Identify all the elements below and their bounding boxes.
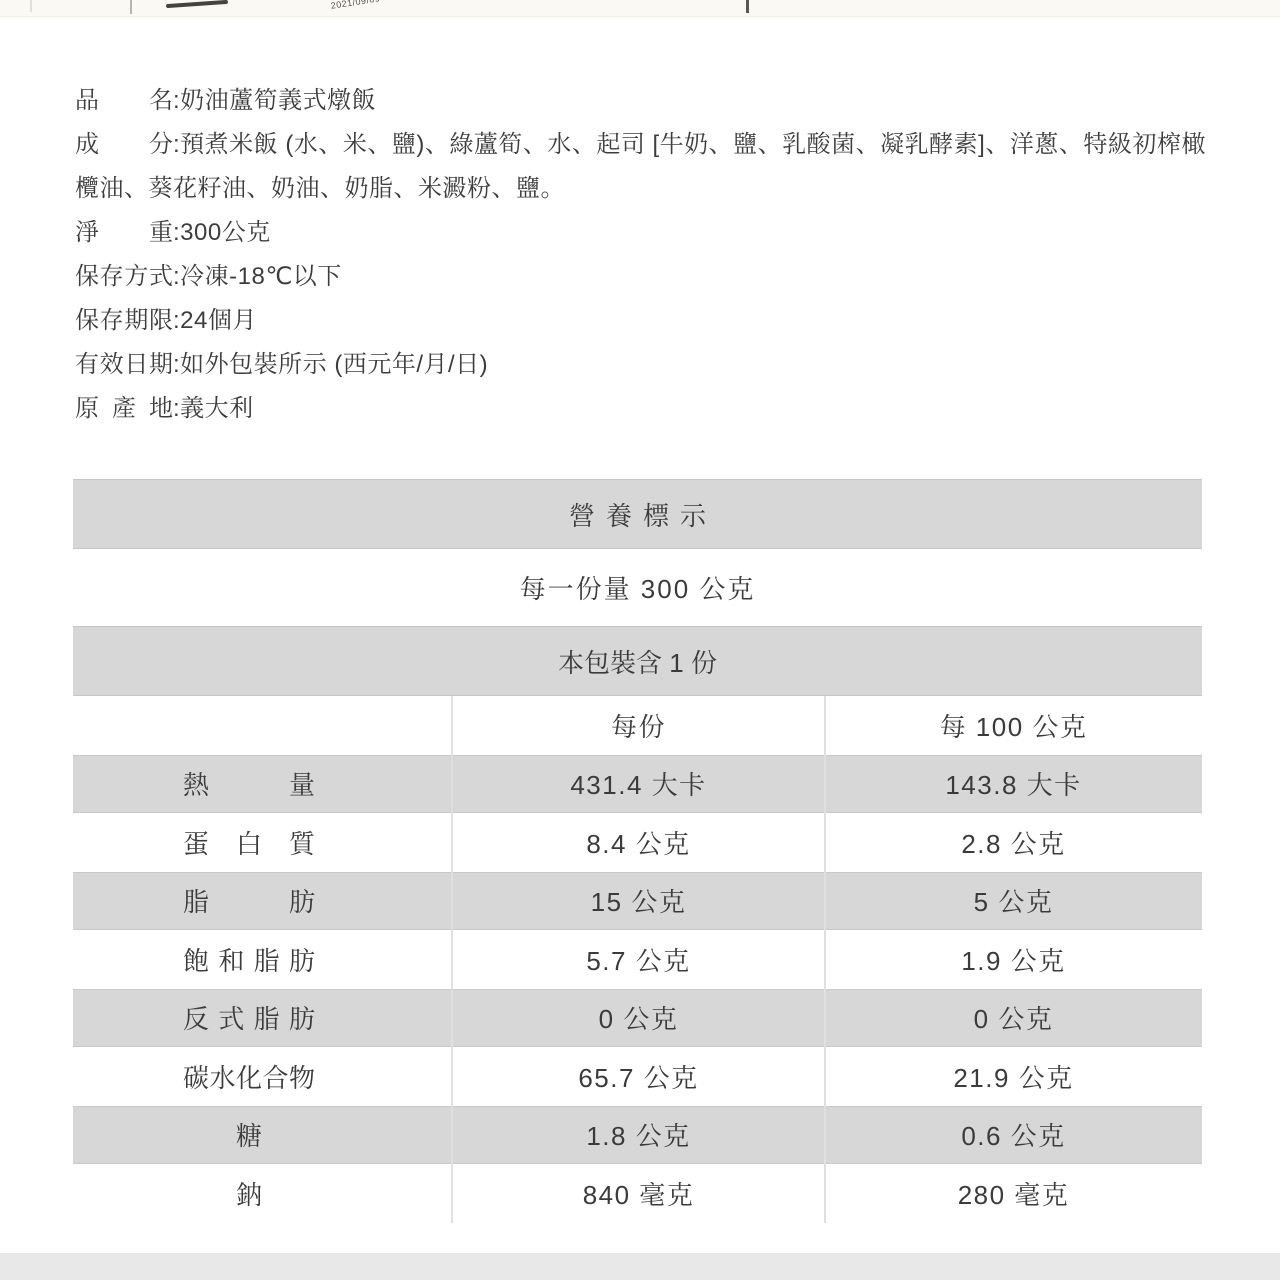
nutrient-row: 鈉 840 毫克 280 毫克 <box>73 1164 1202 1223</box>
label-char: 成 <box>75 123 99 167</box>
label-char: 重 <box>149 211 173 255</box>
nutrient-label-cell: 碳水化合物 <box>73 1047 452 1106</box>
nutrient-row: 脂肪 15 公克 5 公克 <box>73 872 1202 931</box>
label-char: 分 <box>149 123 173 167</box>
label-char: 化 <box>236 1058 262 1095</box>
nutrient-label: 熱量 <box>183 765 315 802</box>
label-char: 存 <box>100 255 124 299</box>
value-per-serving: 15 公克 <box>452 873 825 930</box>
label-char: 脂 <box>183 882 209 919</box>
column-header-per-serving: 每份 <box>452 696 825 755</box>
label-char: 脂 <box>254 941 280 978</box>
value-per-100g: 1.9 公克 <box>825 930 1202 989</box>
serving-size-row: 每一份量 300 公克 <box>73 549 1202 626</box>
package-edge-line <box>30 0 32 12</box>
info-label: 保存期限 <box>75 299 173 343</box>
nutrition-table: 營養標示 每一份量 300 公克 本包裝含 1 份 每份 每 100 公克 熱量… <box>73 479 1202 1223</box>
nutrient-label-cell: 糖 <box>73 1107 452 1164</box>
package-edge-line <box>746 0 749 13</box>
nutrient-label: 鈉 <box>183 1175 315 1212</box>
info-label: 有效日期 <box>75 343 173 387</box>
label-char: 名 <box>149 79 173 123</box>
label-char: 水 <box>209 1058 235 1095</box>
label-char: 肪 <box>289 941 315 978</box>
nutrient-row: 飽和脂肪 5.7 公克 1.9 公克 <box>73 930 1202 989</box>
label-char: 淨 <box>75 211 99 255</box>
label-char: 鈉 <box>236 1175 262 1212</box>
info-row: 有效日期:如外包裝所示 (西元年/月/日) <box>75 343 1207 387</box>
label-char: 熱 <box>183 765 209 802</box>
label-char: 合 <box>262 1058 288 1095</box>
nutrient-label: 糖 <box>183 1116 315 1153</box>
info-value: 預煮米飯 (水、米、鹽)、綠蘆筍、水、起司 [牛奶、鹽、乳酸菌、凝乳酵素]、洋蔥… <box>75 131 1206 202</box>
value-per-serving: 65.7 公克 <box>452 1047 825 1106</box>
label-char: 品 <box>75 79 99 123</box>
label-char: 保 <box>75 299 99 343</box>
nutrient-row: 碳水化合物 65.7 公克 21.9 公克 <box>73 1047 1202 1106</box>
nutrient-row: 反式脂肪 0 公克 0 公克 <box>73 989 1202 1048</box>
label-char: 式 <box>149 255 173 299</box>
label-char: 原 <box>75 387 99 431</box>
value-per-100g: 280 毫克 <box>825 1164 1202 1223</box>
label-char: 糖 <box>236 1116 262 1153</box>
info-label: 淨重 <box>75 211 173 255</box>
info-row: 成分:預煮米飯 (水、米、鹽)、綠蘆筍、水、起司 [牛奶、鹽、乳酸菌、凝乳酵素]… <box>75 123 1207 211</box>
label-char: 脂 <box>254 999 280 1036</box>
label-char: 式 <box>218 999 244 1036</box>
value-per-100g: 0 公克 <box>825 990 1202 1047</box>
info-row: 品名:奶油蘆筍義式燉飯 <box>75 79 1207 123</box>
label-char: 產 <box>112 387 136 431</box>
info-value: 如外包裝所示 (西元年/月/日) <box>180 351 488 378</box>
info-label: 成分 <box>75 123 173 167</box>
nutrient-label-cell: 飽和脂肪 <box>73 930 452 989</box>
info-row: 原產地:義大利 <box>75 387 1207 431</box>
info-row: 淨重:300公克 <box>75 211 1207 255</box>
column-header-row: 每份 每 100 公克 <box>73 696 1202 755</box>
label-char: 日 <box>124 343 148 387</box>
info-value: 24個月 <box>180 307 257 334</box>
value-per-100g: 2.8 公克 <box>825 813 1202 872</box>
column-header-per-100g: 每 100 公克 <box>825 696 1202 755</box>
info-label: 保存方式 <box>75 255 173 299</box>
label-char: 保 <box>75 255 99 299</box>
nutrition-title: 營養標示 <box>73 479 1202 549</box>
nutrient-label: 飽和脂肪 <box>183 941 315 978</box>
info-value: 300公克 <box>180 219 271 246</box>
nutrient-label-cell: 熱量 <box>73 756 452 813</box>
nutrient-row: 蛋白質 8.4 公克 2.8 公克 <box>73 813 1202 872</box>
info-value: 義大利 <box>180 395 254 422</box>
info-row: 保存期限:24個月 <box>75 299 1207 343</box>
label-char: 蛋 <box>183 824 209 861</box>
value-per-serving: 0 公克 <box>452 990 825 1047</box>
info-value: 奶油蘆筍義式燉飯 <box>180 87 376 114</box>
value-per-100g: 5 公克 <box>825 873 1202 930</box>
label-char: 質 <box>289 824 315 861</box>
column-divider <box>824 696 826 1223</box>
package-print-mark <box>166 0 228 8</box>
value-per-serving: 8.4 公克 <box>452 813 825 872</box>
nutrient-row: 熱量 431.4 大卡 143.8 大卡 <box>73 755 1202 814</box>
nutrient-row: 糖 1.8 公克 0.6 公克 <box>73 1106 1202 1165</box>
value-per-serving: 840 毫克 <box>452 1164 825 1223</box>
value-per-serving: 5.7 公克 <box>452 930 825 989</box>
nutrient-label: 蛋白質 <box>183 824 315 861</box>
nutrient-label-cell: 反式脂肪 <box>73 990 452 1047</box>
label-char: 期 <box>124 299 148 343</box>
info-row: 保存方式:冷凍-18℃以下 <box>75 255 1207 299</box>
production-date-text: 2021/09/09 <box>330 0 381 11</box>
nutrient-label: 碳水化合物 <box>183 1058 315 1095</box>
value-per-serving: 1.8 公克 <box>452 1107 825 1164</box>
column-header-empty <box>73 696 452 755</box>
label-char: 量 <box>289 765 315 802</box>
value-per-100g: 0.6 公克 <box>825 1107 1202 1164</box>
value-per-100g: 21.9 公克 <box>825 1047 1202 1106</box>
info-value: 冷凍-18℃以下 <box>180 263 342 290</box>
nutrient-label-cell: 蛋白質 <box>73 813 452 872</box>
label-char: 期 <box>149 343 173 387</box>
info-label: 原產地 <box>75 387 173 431</box>
nutrient-label: 反式脂肪 <box>183 999 315 1036</box>
nutrient-label: 脂肪 <box>183 882 315 919</box>
column-divider <box>451 696 453 1223</box>
servings-per-package-row: 本包裝含 1 份 <box>73 626 1202 696</box>
nutrient-label-cell: 脂肪 <box>73 873 452 930</box>
label-char: 肪 <box>289 999 315 1036</box>
label-char: 有 <box>75 343 99 387</box>
package-edge-line <box>130 0 132 14</box>
value-per-100g: 143.8 大卡 <box>825 756 1202 813</box>
product-info: 品名:奶油蘆筍義式燉飯 成分:預煮米飯 (水、米、鹽)、綠蘆筍、水、起司 [牛奶… <box>75 79 1207 431</box>
label-char: 效 <box>100 343 124 387</box>
label-char: 存 <box>100 299 124 343</box>
nutrient-label-cell: 鈉 <box>73 1164 452 1223</box>
value-per-serving: 431.4 大卡 <box>452 756 825 813</box>
label-char: 白 <box>236 824 262 861</box>
label-char: 肪 <box>289 882 315 919</box>
info-label: 品名 <box>75 79 173 123</box>
photo-strip: 2021/09/09 <box>0 0 1280 17</box>
label-char: 方 <box>124 255 148 299</box>
label-char: 物 <box>289 1058 315 1095</box>
footer-gray-strip <box>0 1253 1280 1280</box>
nutrition-grid: 每份 每 100 公克 熱量 431.4 大卡 143.8 大卡 蛋白質 8.4… <box>73 696 1202 1223</box>
label-char: 地 <box>149 387 173 431</box>
label-char: 反 <box>183 999 209 1036</box>
label-char: 和 <box>218 941 244 978</box>
label-char: 限 <box>149 299 173 343</box>
label-char: 碳 <box>183 1058 209 1095</box>
label-char: 飽 <box>183 941 209 978</box>
